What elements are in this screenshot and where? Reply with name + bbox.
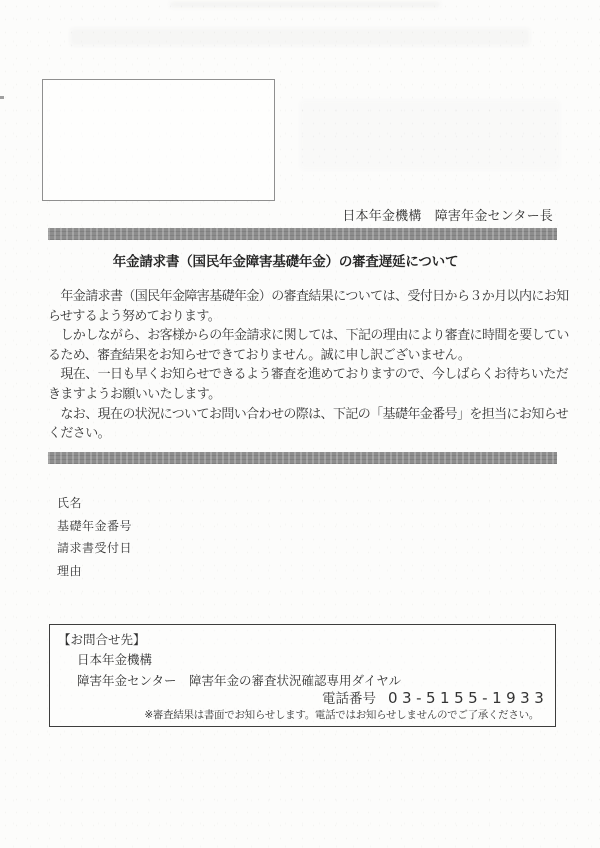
address-window-box [42,79,275,201]
field-label-basic-pension-number: 基礎年金番号 [57,515,132,538]
contact-phone-line: 電話番号03-5155-1933 [322,687,548,707]
scan-smudge [170,2,440,7]
scan-mark [0,96,4,99]
scan-smudge [70,28,530,46]
letter-body-line: ください。 [48,424,560,444]
letter-body-line: きますようお願いいたします。 [48,385,560,405]
letter-body-line: 年金請求書（国民年金障害基礎年金）の審査結果については、受付日から３か月以内にお… [48,287,560,307]
scan-smudge [300,100,560,170]
letter-body-line: 現在、一日も早くお知らせできるよう審査を進めておりますので、今しばらくお待ちいた… [48,365,560,385]
divider-bar-bottom [48,452,557,464]
letter-title: 年金請求書（国民年金障害基礎年金）の審査遅延について [48,250,557,270]
sender-line: 日本年金機構 障害年金センター長 [342,205,553,224]
phone-label: 電話番号 [322,691,376,707]
letter-body-line: るため、審査結果をお知らせできておりません。誠に申し訳ございません。 [48,346,560,366]
field-label-name: 氏名 [57,492,132,515]
letter-body: 年金請求書（国民年金障害基礎年金）の審査結果については、受付日から３か月以内にお… [48,287,560,444]
contact-heading: 【お問合せ先】 [58,630,146,648]
letter-body-line: しかしながら、お客様からの年金請求に関しては、下記の理由により審査に時間を要して… [48,326,560,346]
reference-fields: 氏名 基礎年金番号 請求書受付日 理由 [57,492,132,582]
field-label-request-received-date: 請求書受付日 [57,537,132,560]
field-label-reason: 理由 [57,560,132,583]
scanned-letter-page: 日本年金機構 障害年金センター長 年金請求書（国民年金障害基礎年金）の審査遅延に… [0,0,600,848]
phone-number: 03-5155-1933 [388,689,548,707]
letter-body-line: らせするよう努めております。 [48,307,560,327]
contact-organization: 日本年金機構 [77,650,152,668]
letter-body-line: なお、現在の状況についてお問い合わせの際は、下記の「基礎年金番号」を担当にお知ら… [48,405,560,425]
contact-note: ※審査結果は書面でお知らせします。電話ではお知らせしませんのでご了承ください。 [144,707,539,722]
divider-bar-top [48,228,557,240]
contact-box: 【お問合せ先】 日本年金機構 障害年金センター 障害年金の審査状況確認専用ダイヤ… [49,624,556,727]
